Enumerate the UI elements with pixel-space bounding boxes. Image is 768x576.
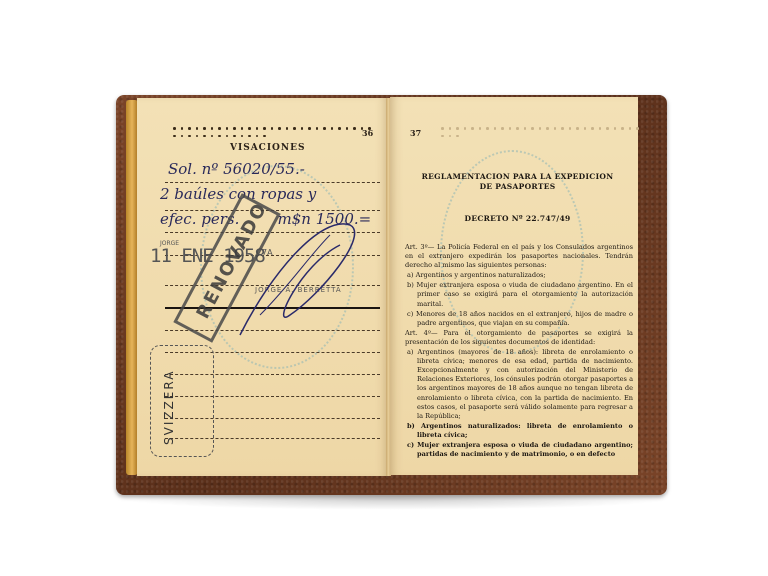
- signature-scrawl: [230, 195, 370, 345]
- decree-number: DECRETO Nº 22.747/49: [405, 214, 630, 223]
- handwriting-line-1: Sol. nº 56020/55.-: [168, 160, 305, 178]
- art4-item-b: b) Argentinos naturalizados: libreta de …: [405, 422, 633, 440]
- page-number-right: 37: [410, 128, 421, 138]
- art4-item-c: c) Mujer extranjera esposa o viuda de ci…: [405, 441, 633, 459]
- regulation-title-line1: REGLAMENTACION PARA LA EXPEDICION: [405, 172, 630, 181]
- art4-intro: Art. 4º— Para el otorgamiento de pasapor…: [405, 329, 633, 347]
- regulation-body: Art. 3º— La Policía Federal en el país y…: [405, 243, 633, 460]
- page-number-left: 36: [362, 128, 373, 138]
- art3-intro: Art. 3º— La Policía Federal en el país y…: [405, 243, 633, 270]
- perforated-number-right: [440, 126, 640, 138]
- art3-item-c: c) Menores de 18 años nacidos en el extr…: [405, 310, 633, 328]
- ruled-line: [165, 182, 380, 183]
- regulation-title-line2: DE PASAPORTES: [405, 182, 630, 191]
- art4-item-a: a) Argentinos (mayores de 18 años): libr…: [405, 348, 633, 421]
- perforated-number-left: [172, 126, 372, 138]
- art3-item-a: a) Argentinos y argentinos naturalizados…: [405, 271, 633, 280]
- visaciones-title: VISACIONES: [230, 143, 305, 153]
- svizzera-border-stamp: SVIZZERA: [150, 345, 214, 457]
- art3-item-b: b) Mujer extranjera esposa o viuda de ci…: [405, 281, 633, 308]
